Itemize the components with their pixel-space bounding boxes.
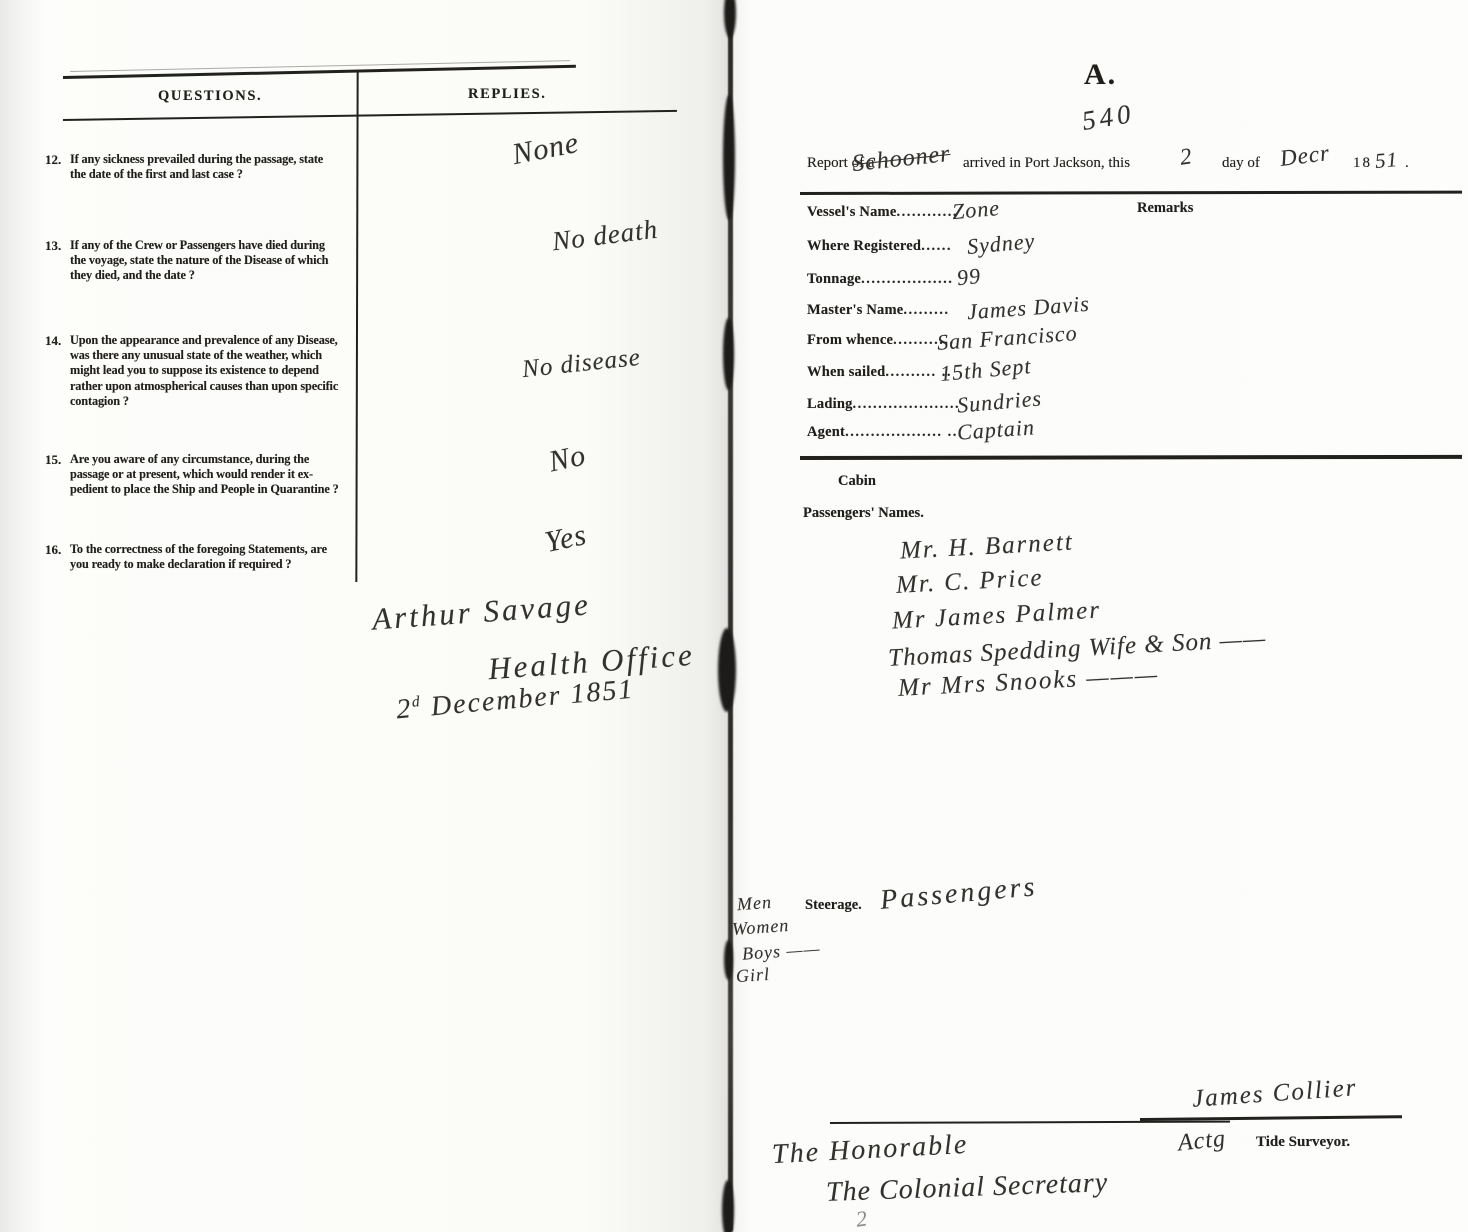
cabin-label: Cabin — [838, 473, 876, 490]
arrival-day-handwritten: 2 — [1178, 143, 1194, 170]
field-tonnage: Tonnage.................. 99 — [807, 271, 953, 297]
question-row-13: 13. If any of the Crew or Passengers hav… — [45, 238, 360, 284]
field-label: Lading — [807, 396, 853, 412]
field-value-handwritten: Zone — [951, 195, 1001, 225]
question-number: 15. — [45, 452, 70, 498]
field-masters-name: Master's Name......... James Davis — [807, 302, 950, 328]
field-label: From whence — [807, 332, 893, 348]
field-value-handwritten: Captain — [956, 414, 1036, 445]
steerage-category-girl: Girl — [735, 964, 770, 987]
report-arrived-text: arrived in Port Jackson, this — [963, 155, 1130, 172]
question-text-line: Upon the appearance and prevalence of an… — [70, 333, 360, 348]
field-label: When sailed — [807, 364, 885, 380]
question-text-line: was there any unusual state of the weath… — [70, 348, 360, 363]
steerage-category-men: Men — [736, 892, 772, 915]
field-label: Agent — [807, 424, 845, 440]
field-dots: ................... .. — [845, 424, 958, 440]
question-text-line: If any sickness prevailed during the pas… — [70, 152, 360, 167]
acting-handwritten: Actg — [1177, 1126, 1228, 1158]
question-text-line: might lead you to suppose its existence … — [70, 363, 360, 378]
question-number: 13. — [45, 238, 70, 284]
field-label: Where Registered — [807, 238, 921, 254]
field-dots: ...... — [921, 238, 952, 254]
question-text-line: the voyage, state the nature of the Dise… — [70, 253, 360, 268]
field-value-handwritten: 99 — [956, 263, 983, 291]
question-row-15: 15. Are you aware of any circumstance, d… — [45, 452, 360, 498]
question-row-16: 16. To the correctness of the foregoing … — [45, 542, 360, 572]
report-year-printed: 18 — [1353, 155, 1372, 172]
field-label: Tonnage — [807, 271, 861, 287]
question-number: 14. — [45, 333, 70, 409]
seam-ink-blob — [724, 940, 733, 980]
seam-ink-blob — [722, 1180, 734, 1232]
scan-left-edge-shade — [0, 0, 44, 1232]
question-text-line: rather upon atmospherical causes than up… — [70, 379, 360, 394]
field-label: Master's Name — [807, 302, 903, 318]
form-letter: A. — [1084, 58, 1117, 92]
scanned-document: QUESTIONS. REPLIES. 12. If any sickness … — [0, 0, 1468, 1232]
question-text-line: pedient to place the Ship and People in … — [70, 482, 360, 497]
field-lading: Lading..................... Sundries — [807, 396, 960, 422]
remarks-label: Remarks — [1137, 200, 1193, 217]
question-text-line: If any of the Crew or Passengers have di… — [70, 238, 360, 253]
field-when-sailed: When sailed.......... .. 15th Sept — [807, 364, 952, 390]
report-period: . — [1405, 155, 1409, 172]
question-text-line: contagion ? — [70, 394, 360, 409]
field-dots: ..................... — [853, 396, 961, 412]
question-text-line: the date of the first and last case ? — [70, 167, 360, 182]
question-number: 12. — [45, 152, 70, 182]
steerage-category-women: Women — [731, 915, 790, 940]
report-year-handwritten: 51 — [1374, 147, 1399, 174]
question-row-12: 12. If any sickness prevailed during the… — [45, 152, 360, 182]
field-dots: ............ — [896, 204, 958, 220]
tide-surveyor-title: Tide Surveyor. — [1256, 1134, 1350, 1151]
question-text-line: To the correctness of the foregoing Stat… — [70, 542, 360, 557]
seam-ink-blob — [718, 628, 736, 712]
field-vessels-name: Vessel's Name............ Zone — [807, 204, 958, 230]
question-text-line: they died, and the date ? — [70, 268, 360, 283]
field-dots: .................. — [861, 271, 953, 287]
seam-ink-blob — [723, 318, 734, 390]
field-agent: Agent................... .. Captain — [807, 424, 958, 450]
replies-column-header: REPLIES. — [468, 86, 546, 103]
steerage-label: Steerage. — [805, 897, 862, 914]
question-text-line: passage or at present, which would rende… — [70, 467, 360, 482]
questions-column-header: QUESTIONS. — [158, 88, 262, 105]
seam-ink-blob — [723, 95, 735, 220]
field-from-whence: From whence............ San Francisco — [807, 332, 955, 358]
question-row-14: 14. Upon the appearance and prevalence o… — [45, 333, 360, 409]
field-dots: ......... — [903, 302, 949, 318]
left-page-paper — [0, 0, 728, 1232]
date-ordinal: d — [411, 693, 422, 711]
question-number: 16. — [45, 542, 70, 572]
passengers-names-label: Passengers' Names. — [803, 505, 924, 522]
field-label: Vessel's Name — [807, 204, 896, 220]
field-where-registered: Where Registered...... Sydney — [807, 238, 952, 264]
report-day-of-text: day of — [1222, 155, 1260, 172]
question-text-line: Are you aware of any circumstance, durin… — [70, 452, 360, 467]
question-text-line: you ready to make declaration if require… — [70, 557, 360, 572]
